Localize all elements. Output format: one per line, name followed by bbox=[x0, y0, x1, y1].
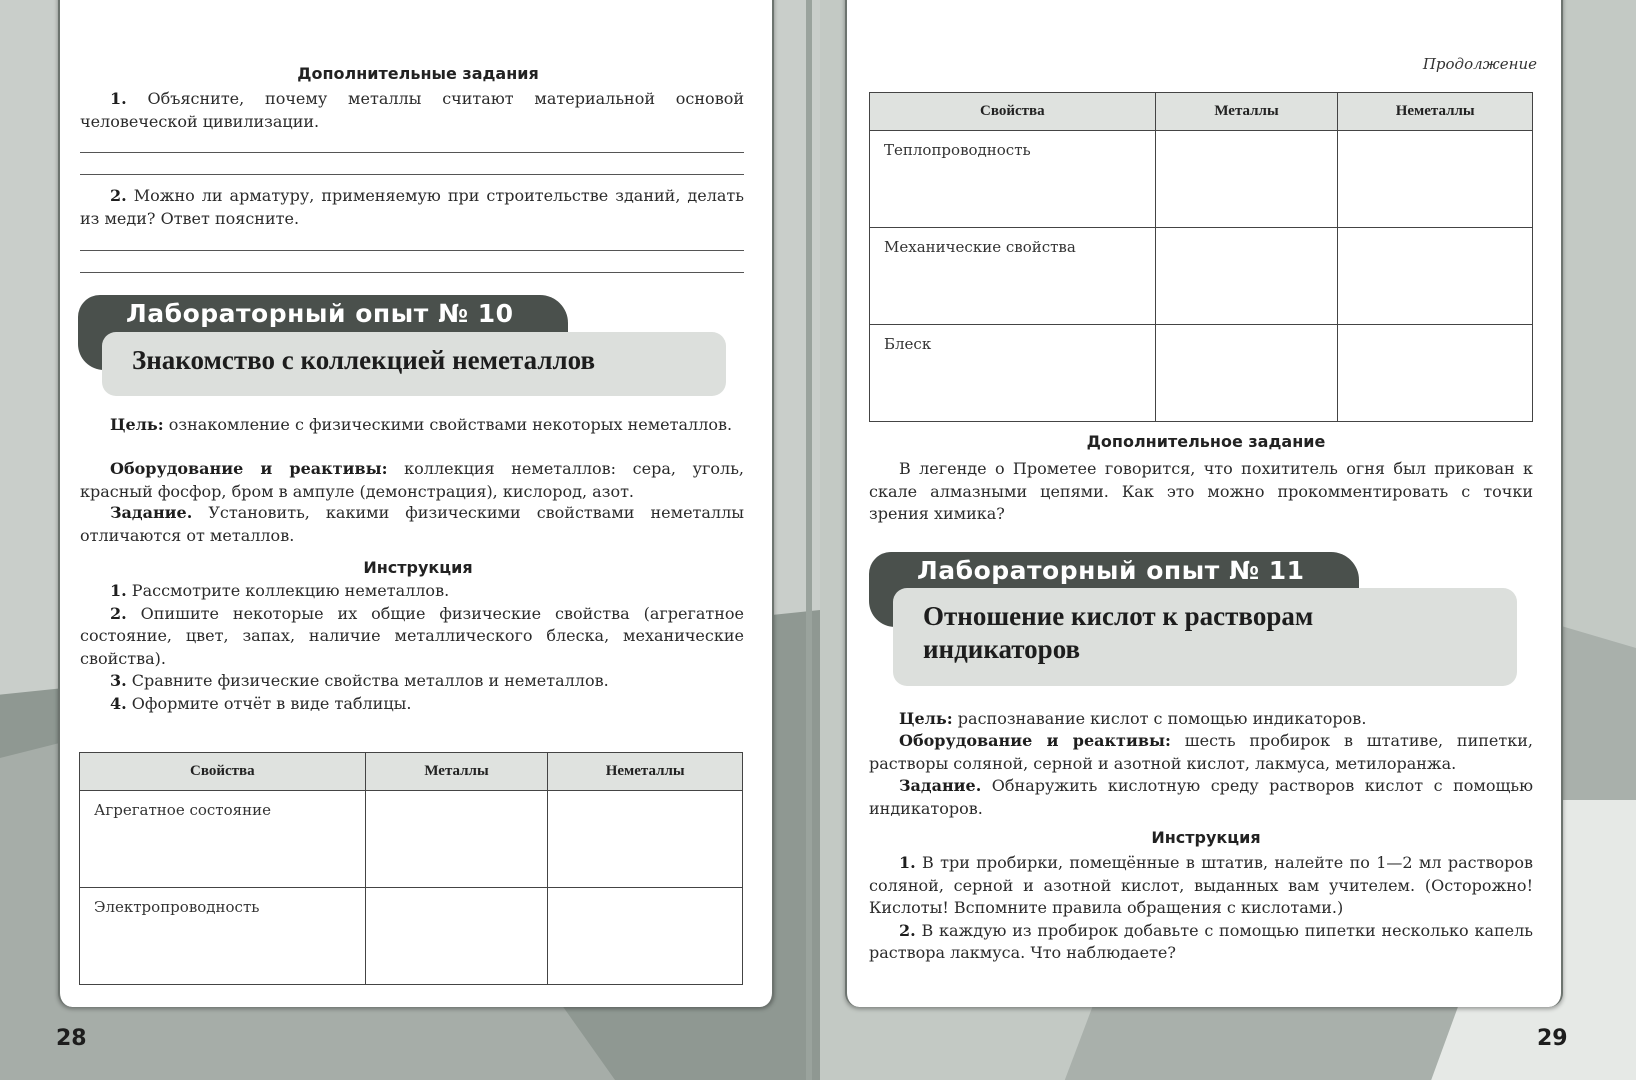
property-cell: Механические свойства bbox=[870, 228, 1156, 325]
instruction-step: 3. Сравните физические свойства металлов… bbox=[80, 670, 744, 693]
additional-tasks-heading: Дополнительные задания bbox=[60, 64, 776, 83]
metals-answer-cell[interactable] bbox=[365, 791, 548, 888]
answer-line[interactable] bbox=[80, 272, 744, 273]
nonmetals-answer-cell[interactable] bbox=[548, 888, 743, 985]
equipment-label: Оборудование и реактивы: bbox=[899, 731, 1171, 750]
task-text: Можно ли арматуру, применяемую при строи… bbox=[80, 186, 744, 228]
table-row: Электропроводность bbox=[80, 888, 743, 985]
instruction-step: 2. Опишите некоторые их общие физические… bbox=[80, 603, 744, 671]
goal-text: распознавание кислот с помощью индикатор… bbox=[958, 709, 1367, 728]
goal-text: ознакомление с физическими свойствами не… bbox=[169, 415, 732, 434]
table-row: Блеск bbox=[870, 325, 1533, 422]
metals-answer-cell[interactable] bbox=[1155, 228, 1338, 325]
step-number: 2. bbox=[110, 604, 127, 623]
metals-answer-cell[interactable] bbox=[365, 888, 548, 985]
nonmetals-answer-cell[interactable] bbox=[1338, 131, 1533, 228]
table-header-row: Свойства Металлы Неметаллы bbox=[870, 93, 1533, 131]
nonmetals-answer-cell[interactable] bbox=[548, 791, 743, 888]
step-text: Оформите отчёт в виде таблицы. bbox=[132, 694, 412, 713]
lab-task: Задание. Обнаружить кислотную среду раст… bbox=[869, 775, 1533, 820]
metals-answer-cell[interactable] bbox=[1155, 131, 1338, 228]
book-spine bbox=[806, 0, 812, 1080]
column-header: Металлы bbox=[1155, 93, 1338, 131]
instruction-step: 4. Оформите отчёт в виде таблицы. bbox=[80, 693, 744, 716]
lab-number: Лабораторный опыт № 11 bbox=[917, 556, 1305, 585]
right-page: Продолжение Свойства Металлы Неметаллы Т… bbox=[845, 0, 1563, 1007]
step-text: Сравните физические свойства металлов и … bbox=[132, 671, 609, 690]
page-number: 29 bbox=[1537, 1026, 1568, 1051]
goal-label: Цель: bbox=[899, 709, 953, 728]
step-text: Опишите некоторые их общие физические св… bbox=[80, 604, 744, 668]
left-page: Дополнительные задания 1. Объясните, поч… bbox=[58, 0, 774, 1007]
lab-equipment: Оборудование и реактивы: шесть пробирок … bbox=[869, 730, 1533, 775]
instruction-steps: 1. В три пробирки, помещённые в штатив, … bbox=[869, 852, 1533, 965]
goal-label: Цель: bbox=[110, 415, 164, 434]
property-cell: Электропроводность bbox=[80, 888, 366, 985]
step-number: 4. bbox=[110, 694, 127, 713]
instruction-step: 1. В три пробирки, помещённые в штатив, … bbox=[869, 852, 1533, 920]
property-cell: Агрегатное состояние bbox=[80, 791, 366, 888]
column-header: Свойства bbox=[870, 93, 1156, 131]
lab-task: Задание. Установить, какими физическими … bbox=[80, 502, 744, 547]
additional-task-heading: Дополнительное задание bbox=[847, 432, 1565, 451]
task-text: Объясните, почему металлы считают матери… bbox=[80, 89, 744, 131]
instruction-steps: 1. Рассмотрите коллекцию неметаллов. 2. … bbox=[80, 580, 744, 715]
property-cell: Теплопроводность bbox=[870, 131, 1156, 228]
step-text: В три пробирки, помещённые в штатив, нал… bbox=[869, 853, 1533, 917]
instruction-heading: Инструкция bbox=[60, 558, 776, 577]
answer-line[interactable] bbox=[80, 174, 744, 175]
table-row: Механические свойства bbox=[870, 228, 1533, 325]
lab-number: Лабораторный опыт № 10 bbox=[126, 299, 514, 328]
continuation-note: Продолжение bbox=[1423, 55, 1537, 73]
step-number: 3. bbox=[110, 671, 127, 690]
column-header: Свойства bbox=[80, 753, 366, 791]
task-text: В легенде о Прометее говорится, что похи… bbox=[869, 459, 1533, 523]
table-row: Теплопроводность bbox=[870, 131, 1533, 228]
page-number: 28 bbox=[56, 1026, 87, 1051]
additional-task-1: 1. Объясните, почему металлы считают мат… bbox=[80, 88, 744, 133]
properties-table-continued: Свойства Металлы Неметаллы Теплопроводно… bbox=[869, 92, 1533, 422]
step-number: 1. bbox=[899, 853, 916, 872]
nonmetals-answer-cell[interactable] bbox=[1338, 228, 1533, 325]
metals-answer-cell[interactable] bbox=[1155, 325, 1338, 422]
instruction-step: 1. Рассмотрите коллекцию неметаллов. bbox=[80, 580, 744, 603]
step-number: 1. bbox=[110, 581, 127, 600]
task-number: 1. bbox=[110, 89, 127, 108]
task-label: Задание. bbox=[110, 503, 192, 522]
lab-goal: Цель: ознакомление с физическими свойств… bbox=[80, 414, 744, 437]
step-text: В каждую из пробирок добавьте с помощью … bbox=[869, 921, 1533, 963]
step-number: 2. bbox=[899, 921, 916, 940]
lab-title: Знакомство с коллекцией неметаллов bbox=[132, 345, 595, 375]
lab-goal: Цель: распознавание кислот с помощью инд… bbox=[869, 708, 1533, 731]
instruction-step: 2. В каждую из пробирок добавьте с помощ… bbox=[869, 920, 1533, 965]
properties-table: Свойства Металлы Неметаллы Агрегатное со… bbox=[79, 752, 743, 985]
instruction-heading: Инструкция bbox=[847, 828, 1565, 847]
answer-line[interactable] bbox=[80, 152, 744, 153]
additional-task-text: В легенде о Прометее говорится, что похи… bbox=[869, 458, 1533, 526]
task-number: 2. bbox=[110, 186, 127, 205]
lab-equipment: Оборудование и реактивы: коллекция немет… bbox=[80, 458, 744, 503]
lab-title-line: индикаторов bbox=[923, 633, 1517, 666]
column-header: Металлы bbox=[365, 753, 548, 791]
property-cell: Блеск bbox=[870, 325, 1156, 422]
column-header: Неметаллы bbox=[548, 753, 743, 791]
column-header: Неметаллы bbox=[1338, 93, 1533, 131]
nonmetals-answer-cell[interactable] bbox=[1338, 325, 1533, 422]
answer-line[interactable] bbox=[80, 250, 744, 251]
lab-title-line: Отношение кислот к растворам bbox=[923, 600, 1517, 633]
step-text: Рассмотрите коллекцию неметаллов. bbox=[132, 581, 449, 600]
additional-task-2: 2. Можно ли арматуру, применяемую при ст… bbox=[80, 185, 744, 230]
lab-title-banner: Знакомство с коллекцией неметаллов bbox=[102, 332, 726, 396]
table-header-row: Свойства Металлы Неметаллы bbox=[80, 753, 743, 791]
task-label: Задание. bbox=[899, 776, 981, 795]
table-row: Агрегатное состояние bbox=[80, 791, 743, 888]
equipment-label: Оборудование и реактивы: bbox=[110, 459, 388, 478]
lab-title-banner: Отношение кислот к растворам индикаторов bbox=[893, 588, 1517, 686]
